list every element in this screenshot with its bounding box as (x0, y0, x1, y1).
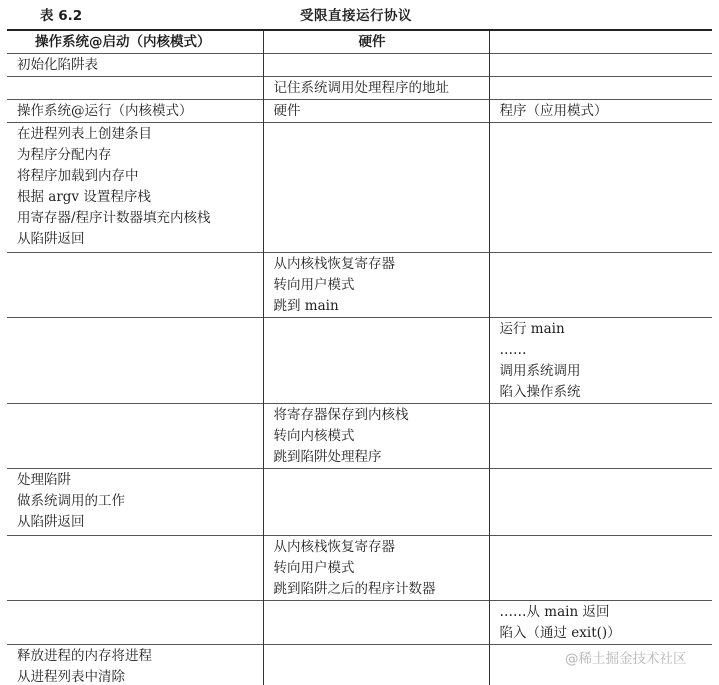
table-row: 操作系统@运行（内核模式）硬件程序（应用模式） (7, 100, 712, 123)
table-row: 从内核栈恢复寄存器转向用户模式跳到 main (7, 253, 712, 318)
cell-line: 从内核栈恢复寄存器 (274, 537, 489, 558)
cell-line: 为程序分配内存 (17, 145, 263, 166)
hardware-cell: 从内核栈恢复寄存器转向用户模式跳到陷阱之后的程序计数器 (263, 536, 489, 601)
table-title: 受限直接运行协议 (300, 4, 412, 24)
program-cell (489, 469, 712, 536)
os-cell: 处理陷阱做系统调用的工作从陷阱返回 (7, 469, 263, 536)
program-cell (489, 54, 712, 77)
table-row: 处理陷阱做系统调用的工作从陷阱返回 (7, 469, 712, 536)
os-cell: 操作系统@运行（内核模式） (7, 100, 263, 123)
hardware-cell (263, 601, 489, 645)
program-cell (489, 404, 712, 469)
cell-line: 跳到陷阱处理程序 (274, 447, 489, 468)
cell-line: 初始化陷阱表 (17, 55, 263, 76)
hardware-cell: 从内核栈恢复寄存器转向用户模式跳到 main (263, 253, 489, 318)
cell-line: 从陷阱返回 (17, 512, 263, 533)
program-cell: 运行 main……调用系统调用陷入操作系统 (489, 318, 712, 404)
cell-line: ……从 main 返回 (500, 602, 713, 623)
os-cell: 释放进程的内存将进程从进程列表中清除 (7, 645, 263, 685)
hardware-cell: 硬件 (263, 100, 489, 123)
header-empty (489, 30, 712, 54)
hardware-cell: 将寄存器保存到内核栈转向内核模式跳到陷阱处理程序 (263, 404, 489, 469)
program-cell (489, 77, 712, 100)
cell-line: 陷入（通过 exit()） (500, 623, 713, 644)
cell-line: 在进程列表上创建条目 (17, 124, 263, 145)
os-cell (7, 318, 263, 404)
table-row: ……从 main 返回陷入（通过 exit()） (7, 601, 712, 645)
cell-line: 处理陷阱 (17, 470, 263, 491)
table-row: 初始化陷阱表 (7, 54, 712, 77)
cell-line: 用寄存器/程序计数器填充内核栈 (17, 208, 263, 229)
cell-line: …… (500, 340, 713, 361)
cell-line: 调用系统调用 (500, 361, 713, 382)
hardware-cell (263, 318, 489, 404)
table-row: 将寄存器保存到内核栈转向内核模式跳到陷阱处理程序 (7, 404, 712, 469)
program-cell: ……从 main 返回陷入（通过 exit()） (489, 601, 712, 645)
table-row: 运行 main……调用系统调用陷入操作系统 (7, 318, 712, 404)
os-cell (7, 601, 263, 645)
os-cell: 在进程列表上创建条目为程序分配内存将程序加载到内存中根据 argv 设置程序栈用… (7, 123, 263, 253)
hardware-cell (263, 54, 489, 77)
table-row: 记住系统调用处理程序的地址 (7, 77, 712, 100)
program-cell: 程序（应用模式） (489, 100, 712, 123)
cell-line: 记住系统调用处理程序的地址 (274, 78, 489, 99)
header-hardware: 硬件 (263, 30, 489, 54)
cell-line: 从内核栈恢复寄存器 (274, 254, 489, 275)
table-row: 从内核栈恢复寄存器转向用户模式跳到陷阱之后的程序计数器 (7, 536, 712, 601)
hardware-cell (263, 645, 489, 685)
os-cell (7, 536, 263, 601)
cell-line: 做系统调用的工作 (17, 491, 263, 512)
cell-line: 将程序加载到内存中 (17, 166, 263, 187)
cell-line: 陷入操作系统 (500, 382, 713, 403)
os-cell: 初始化陷阱表 (7, 54, 263, 77)
cell-line: 程序（应用模式） (500, 101, 713, 122)
table-row: 在进程列表上创建条目为程序分配内存将程序加载到内存中根据 argv 设置程序栈用… (7, 123, 712, 253)
cell-line: 将寄存器保存到内核栈 (274, 405, 489, 426)
program-cell (489, 123, 712, 253)
os-cell (7, 77, 263, 100)
cell-line: 操作系统@运行（内核模式） (17, 101, 263, 122)
cell-line: 转向内核模式 (274, 426, 489, 447)
program-cell (489, 536, 712, 601)
cell-line: 转向用户模式 (274, 275, 489, 296)
table-header-row: 操作系统@启动（内核模式） 硬件 (7, 30, 712, 54)
program-cell (489, 253, 712, 318)
hardware-cell (263, 469, 489, 536)
cell-line: 运行 main (500, 319, 713, 340)
cell-line: 跳到 main (274, 296, 489, 317)
table-number: 表 6.2 (40, 4, 82, 24)
table-caption: 表 6.2 受限直接运行协议 (0, 4, 719, 24)
hardware-cell: 记住系统调用处理程序的地址 (263, 77, 489, 100)
limited-direct-execution-protocol-table: 操作系统@启动（内核模式） 硬件 初始化陷阱表记住系统调用处理程序的地址操作系统… (7, 29, 712, 685)
watermark: @稀土掘金技术社区 (565, 647, 687, 667)
header-os-boot: 操作系统@启动（内核模式） (7, 30, 263, 54)
hardware-cell (263, 123, 489, 253)
cell-line: 从进程列表中清除 (17, 667, 263, 685)
cell-line: 根据 argv 设置程序栈 (17, 187, 263, 208)
cell-line: 硬件 (274, 101, 489, 122)
os-cell (7, 253, 263, 318)
os-cell (7, 404, 263, 469)
cell-line: 释放进程的内存将进程 (17, 646, 263, 667)
cell-line: 跳到陷阱之后的程序计数器 (274, 579, 489, 600)
cell-line: 从陷阱返回 (17, 229, 263, 250)
cell-line: 转向用户模式 (274, 558, 489, 579)
